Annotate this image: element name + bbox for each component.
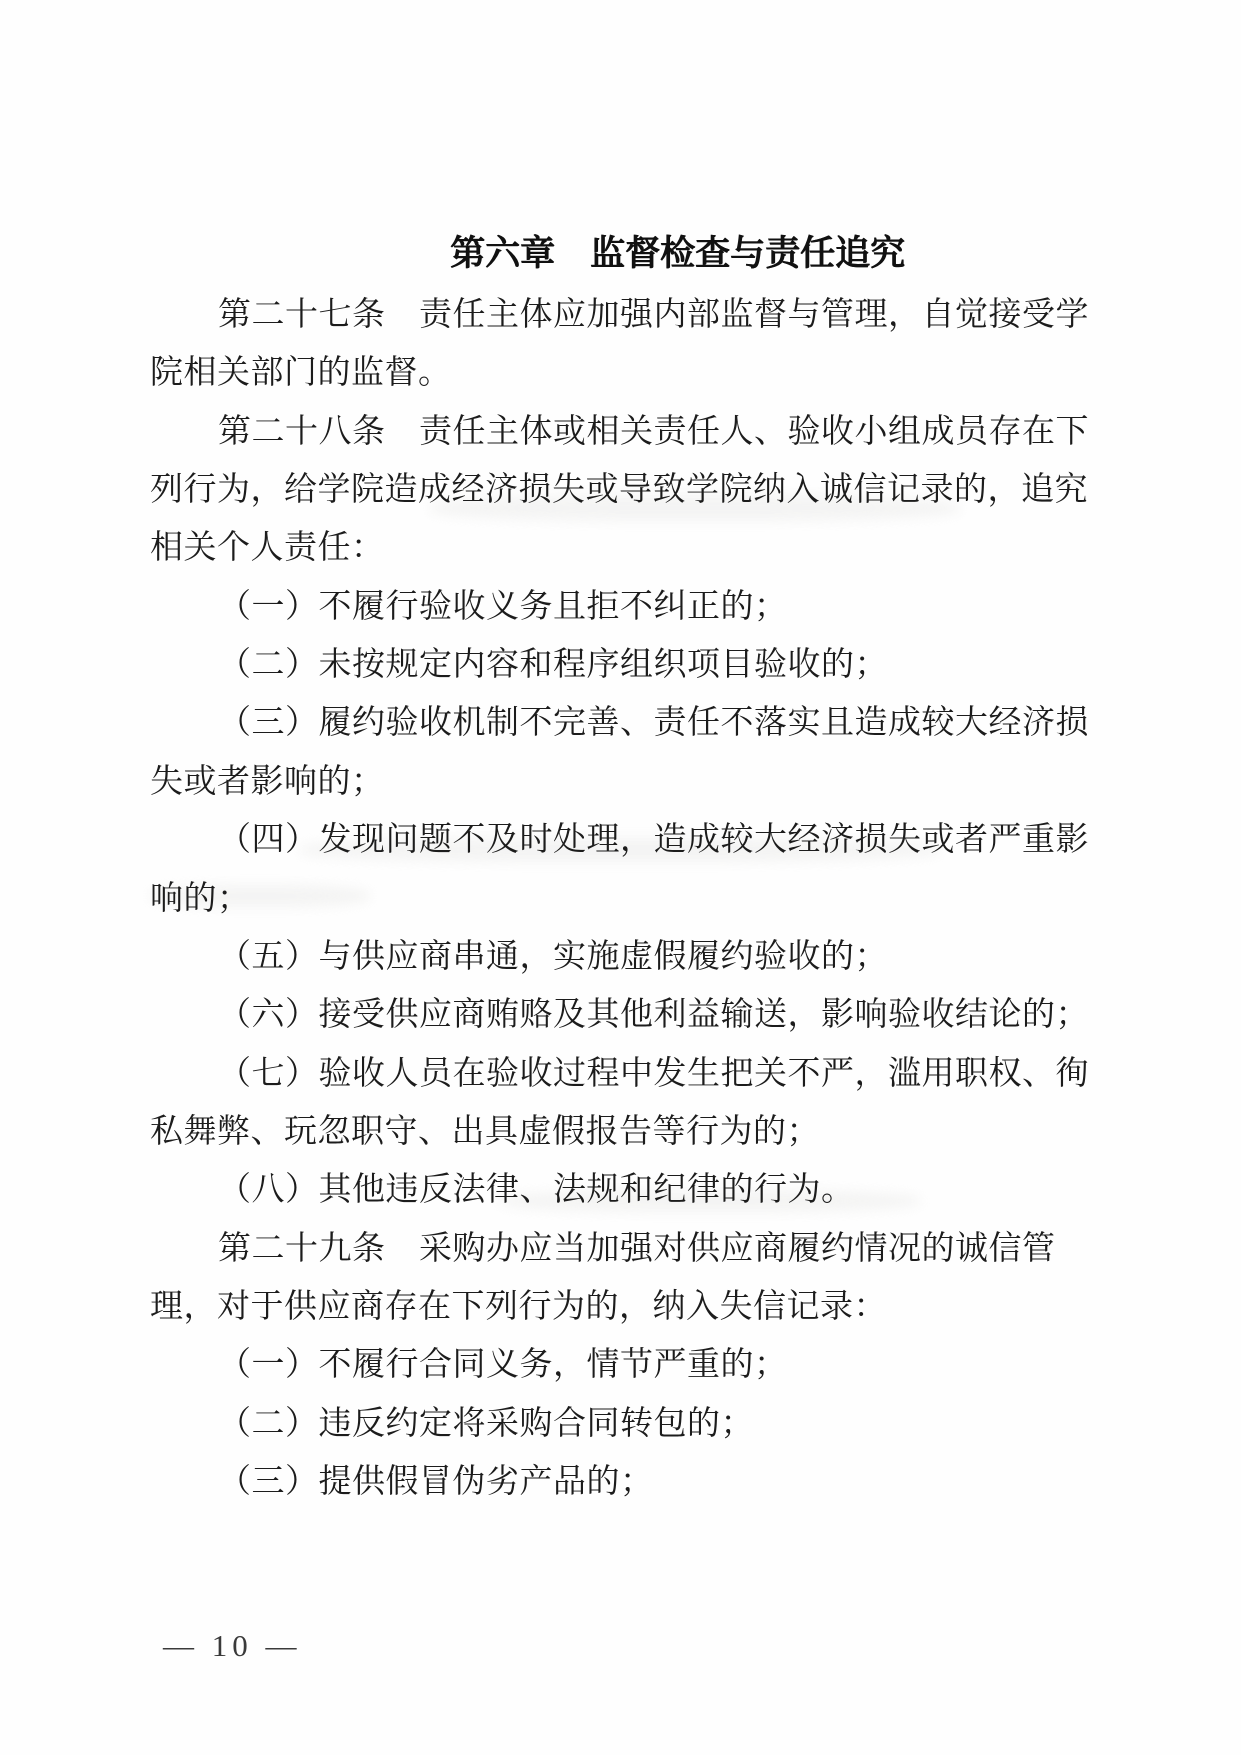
page-number: — 10 — (163, 1628, 302, 1664)
body-line: （三）履约验收机制不完善、责任不落实且造成较大经济损 (150, 705, 1178, 742)
body-line: （四）发现问题不及时处理，造成较大经济损失或者严重影 (150, 822, 1178, 859)
body-line: （二）未按规定内容和程序组织项目验收的； (150, 647, 1178, 684)
body-line: （一）不履行验收义务且拒不纠正的； (150, 589, 1178, 626)
body-line: 第二十九条 采购办应当加强对供应商履约情况的诚信管 (150, 1231, 1178, 1268)
body-line: 响的； (150, 881, 1110, 918)
body-line: 第二十七条 责任主体应加强内部监督与管理，自觉接受学 (150, 297, 1178, 334)
body-line: （二）违反约定将采购合同转包的； (150, 1406, 1178, 1443)
body-line: （八）其他违反法律、法规和纪律的行为。 (150, 1172, 1178, 1209)
body-line: 相关个人责任： (150, 530, 1110, 567)
body-line: 失或者影响的； (150, 764, 1110, 801)
body-line: （一）不履行合同义务，情节严重的； (150, 1347, 1178, 1384)
body-line: （三）提供假冒伪劣产品的； (150, 1464, 1178, 1501)
document-page: 第六章 监督检查与责任追究 第二十七条 责任主体应加强内部监督与管理，自觉接受学… (0, 0, 1241, 1755)
body-line: 理，对于供应商存在下列行为的，纳入失信记录： (150, 1289, 1110, 1326)
body-line: （六）接受供应商贿赂及其他利益输送，影响验收结论的； (150, 997, 1178, 1034)
chapter-title: 第六章 监督检查与责任追究 (450, 234, 905, 274)
body-line: 私舞弊、玩忽职守、出具虚假报告等行为的； (150, 1114, 1110, 1151)
body-line: 列行为，给学院造成经济损失或导致学院纳入诚信记录的，追究 (150, 472, 1110, 509)
body-line: （七）验收人员在验收过程中发生把关不严，滥用职权、徇 (150, 1056, 1178, 1093)
body-line: 第二十八条 责任主体或相关责任人、验收小组成员存在下 (150, 414, 1178, 451)
body-line: 院相关部门的监督。 (150, 355, 1110, 392)
body-line: （五）与供应商串通，实施虚假履约验收的； (150, 939, 1178, 976)
